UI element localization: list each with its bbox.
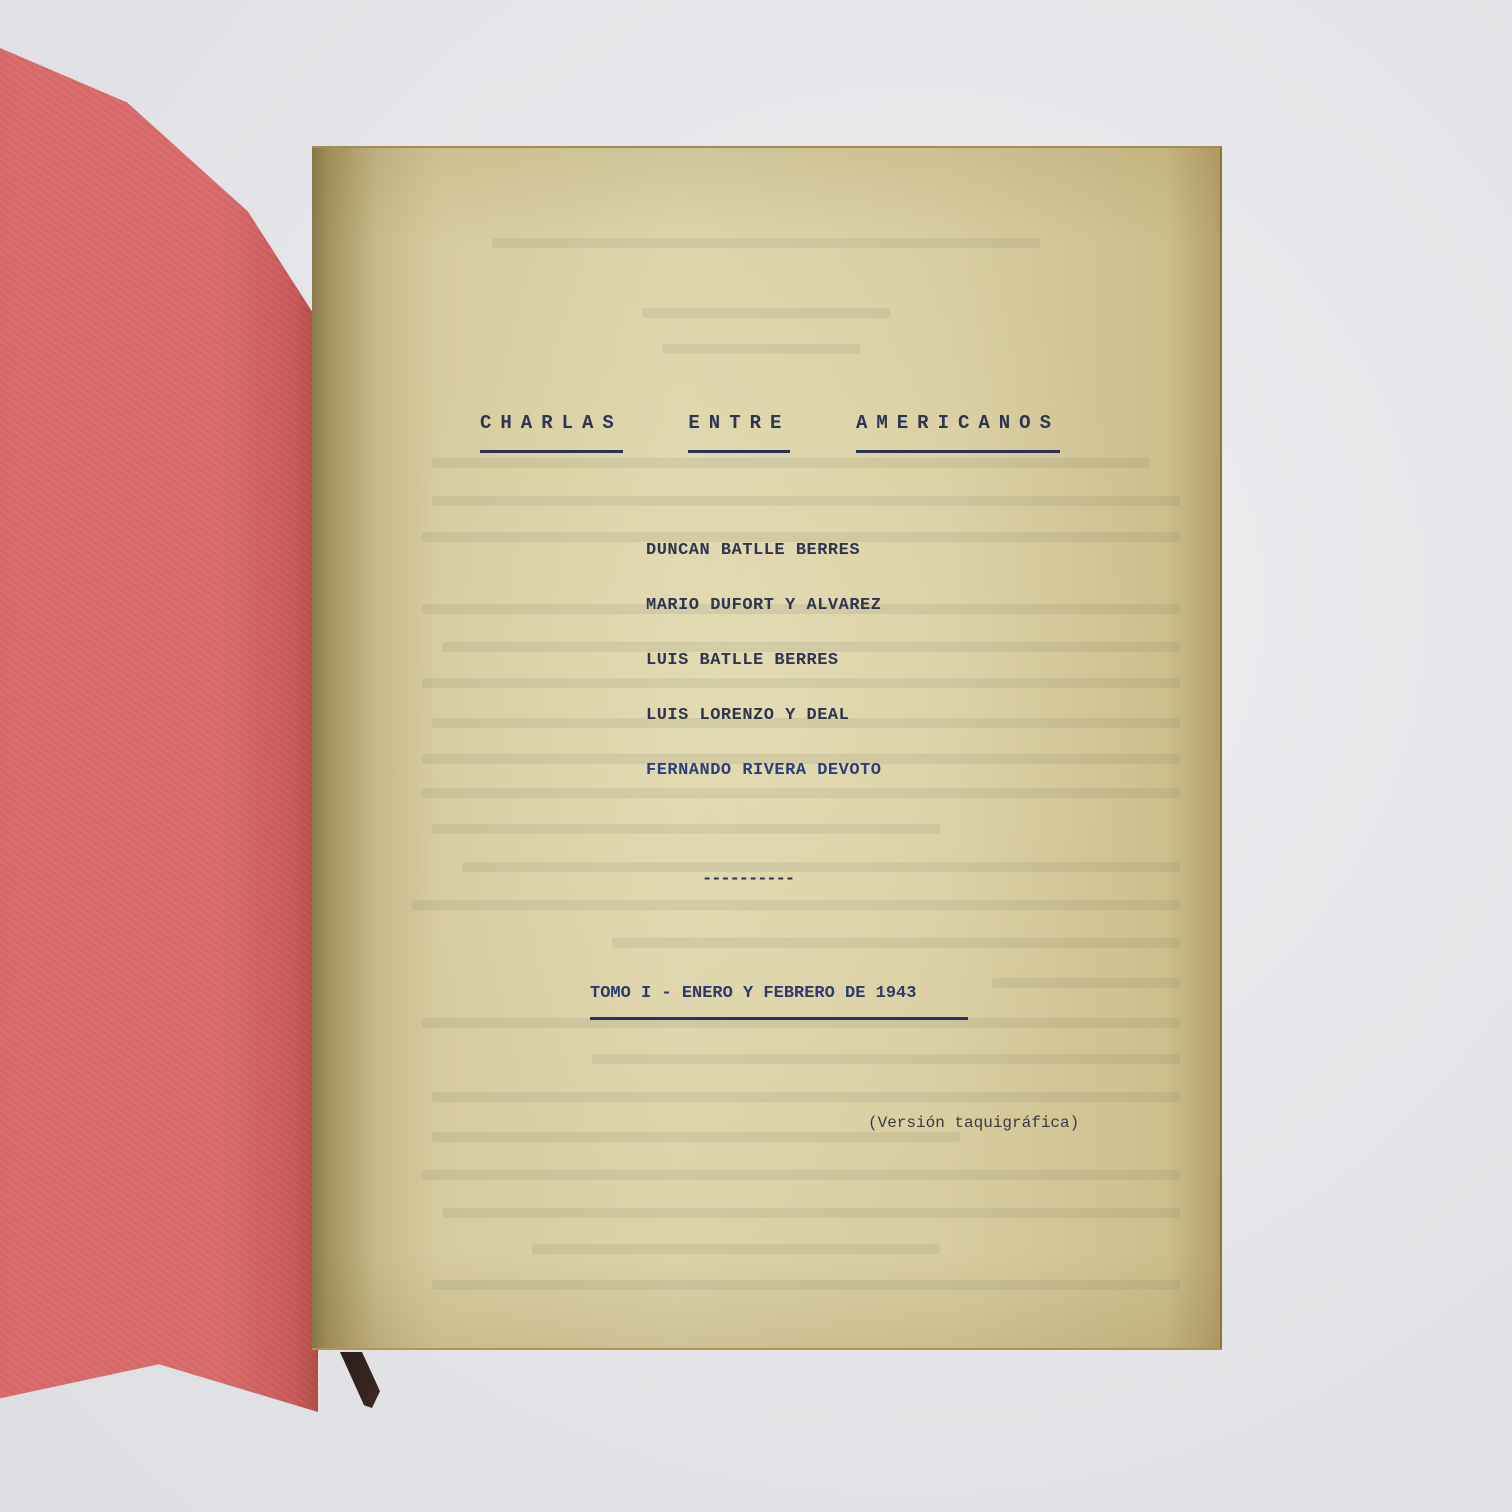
bleed-through-text — [432, 1280, 1180, 1290]
bleed-through-text — [642, 308, 890, 318]
author-name: MARIO DUFORT Y ALVAREZ — [646, 595, 881, 650]
bleed-through-text — [532, 1244, 940, 1254]
bleed-through-text — [432, 824, 940, 834]
volume-line: TOMO I - ENERO Y FEBRERO DE 1943 — [590, 984, 968, 1020]
bleed-through-text — [412, 900, 1180, 910]
bleed-through-text — [432, 1092, 1180, 1102]
title-word: AMERICANOS — [856, 412, 1060, 453]
typed-title-page: CHARLAS ENTRE AMERICANOS DUNCAN BATLLE B… — [312, 146, 1222, 1350]
author-name: LUIS BATLLE BERRES — [646, 650, 881, 705]
bleed-through-text — [422, 1170, 1180, 1180]
author-name: FERNANDO RIVERA DEVOTO — [646, 760, 881, 815]
author-name: LUIS LORENZO Y DEAL — [646, 705, 881, 760]
red-endpaper — [0, 48, 318, 1412]
title-word: ENTRE — [688, 412, 790, 453]
bleed-through-text — [462, 862, 1180, 872]
document-title: CHARLAS ENTRE AMERICANOS — [480, 412, 1060, 452]
bleed-through-text — [992, 978, 1180, 988]
author-name: DUNCAN BATLLE BERRES — [646, 540, 881, 595]
bleed-through-text — [442, 1208, 1180, 1218]
author-list: DUNCAN BATLLE BERRES MARIO DUFORT Y ALVA… — [646, 540, 881, 815]
bleed-through-text — [492, 238, 1040, 248]
bleed-through-text — [432, 496, 1180, 506]
bleed-through-text — [432, 1132, 960, 1142]
separator-line: ---------- — [702, 870, 794, 889]
title-word: CHARLAS — [480, 412, 623, 453]
bleed-through-text — [592, 1054, 1180, 1064]
bleed-through-text — [662, 344, 860, 354]
bleed-through-text — [612, 938, 1180, 948]
bleed-through-text — [432, 458, 1150, 468]
version-note: (Versión taquigráfica) — [868, 1114, 1079, 1132]
